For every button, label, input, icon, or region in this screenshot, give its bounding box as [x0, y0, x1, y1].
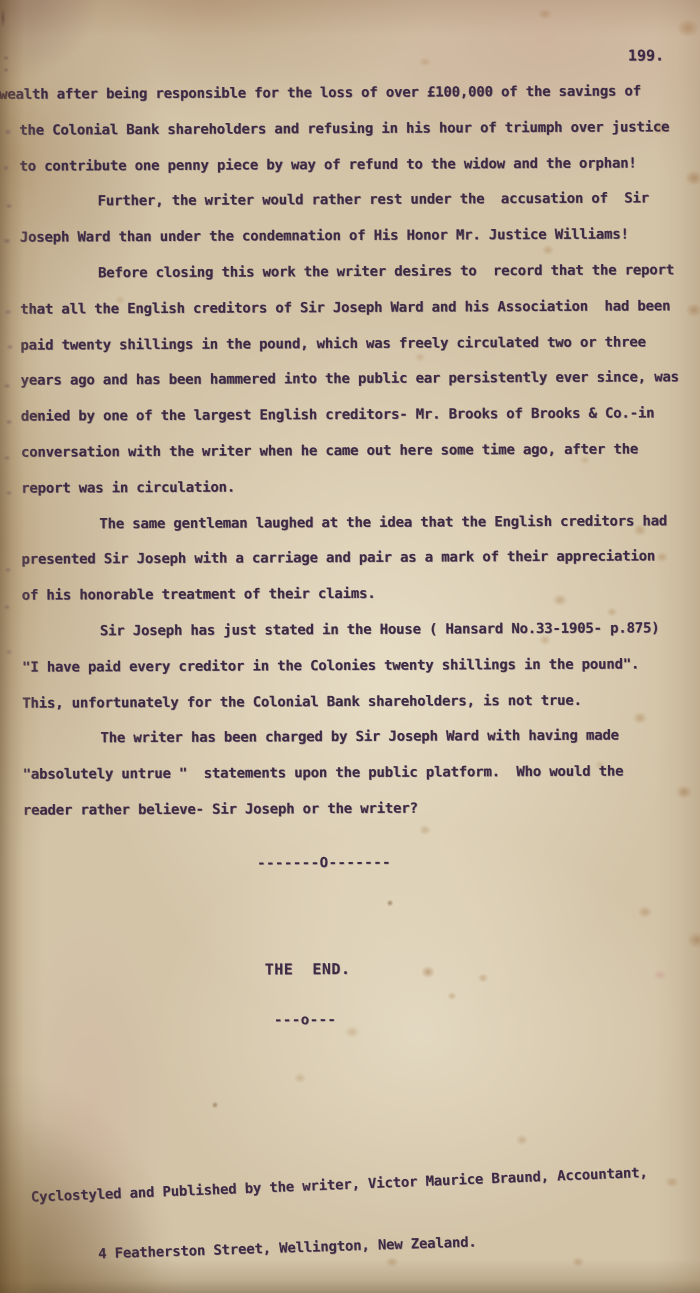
text-line: presented Sir Joseph with a carriage and…: [21, 540, 681, 579]
text-line: denied by one of the largest English cre…: [21, 396, 681, 435]
text-line: wealth after being responsible for the l…: [0, 74, 679, 113]
text-line: Before closing this work the writer desi…: [20, 253, 680, 292]
manuscript-page: 199. wealth after being responsible for …: [0, 0, 700, 1293]
text-line: The same gentleman laughed at the idea t…: [21, 504, 681, 543]
text-line: reader rather believe- Sir Joseph or the…: [23, 790, 683, 829]
page-number: 199.: [628, 46, 664, 64]
text-line: Sir Joseph has just stated in the House …: [22, 611, 682, 650]
end-divider: ---o---: [274, 1012, 337, 1028]
text-line: that all the English creditors of Sir Jo…: [20, 289, 680, 328]
text-line: The writer has been charged by Sir Josep…: [22, 719, 682, 758]
publisher-imprint-line-1: Cyclostyled and Published by the writer,…: [31, 1165, 648, 1206]
text-line: Joseph Ward than under the condemnation …: [20, 217, 680, 256]
text-line: the Colonial Bank shareholders and refus…: [19, 110, 679, 149]
text-line: This, unfortunately for the Colonial Ban…: [22, 683, 682, 722]
text-line: years ago and has been hammered into the…: [21, 361, 681, 400]
text-line: "I have paid every creditor in the Colon…: [22, 647, 682, 686]
text-line: Further, the writer would rather rest un…: [20, 182, 680, 221]
the-end-label: THE END.: [265, 960, 351, 978]
text-line: paid twenty shillings in the pound, whic…: [20, 325, 680, 364]
text-line: to contribute one penny piece by way of …: [19, 146, 679, 185]
text-line: report was in circulation.: [21, 468, 681, 507]
text-line: of his honorable treatment of their clai…: [22, 575, 682, 614]
text-line: conversation with the writer when he cam…: [21, 432, 681, 471]
text-line: "absolutely untrue " statements upon the…: [23, 754, 683, 793]
typewritten-text-layer: 199. wealth after being responsible for …: [0, 0, 700, 1293]
publisher-imprint-line-2: 4 Featherston Street, Wellington, New Ze…: [98, 1234, 477, 1262]
section-divider: -------O-------: [257, 855, 391, 872]
body-text: wealth after being responsible for the l…: [19, 74, 683, 829]
